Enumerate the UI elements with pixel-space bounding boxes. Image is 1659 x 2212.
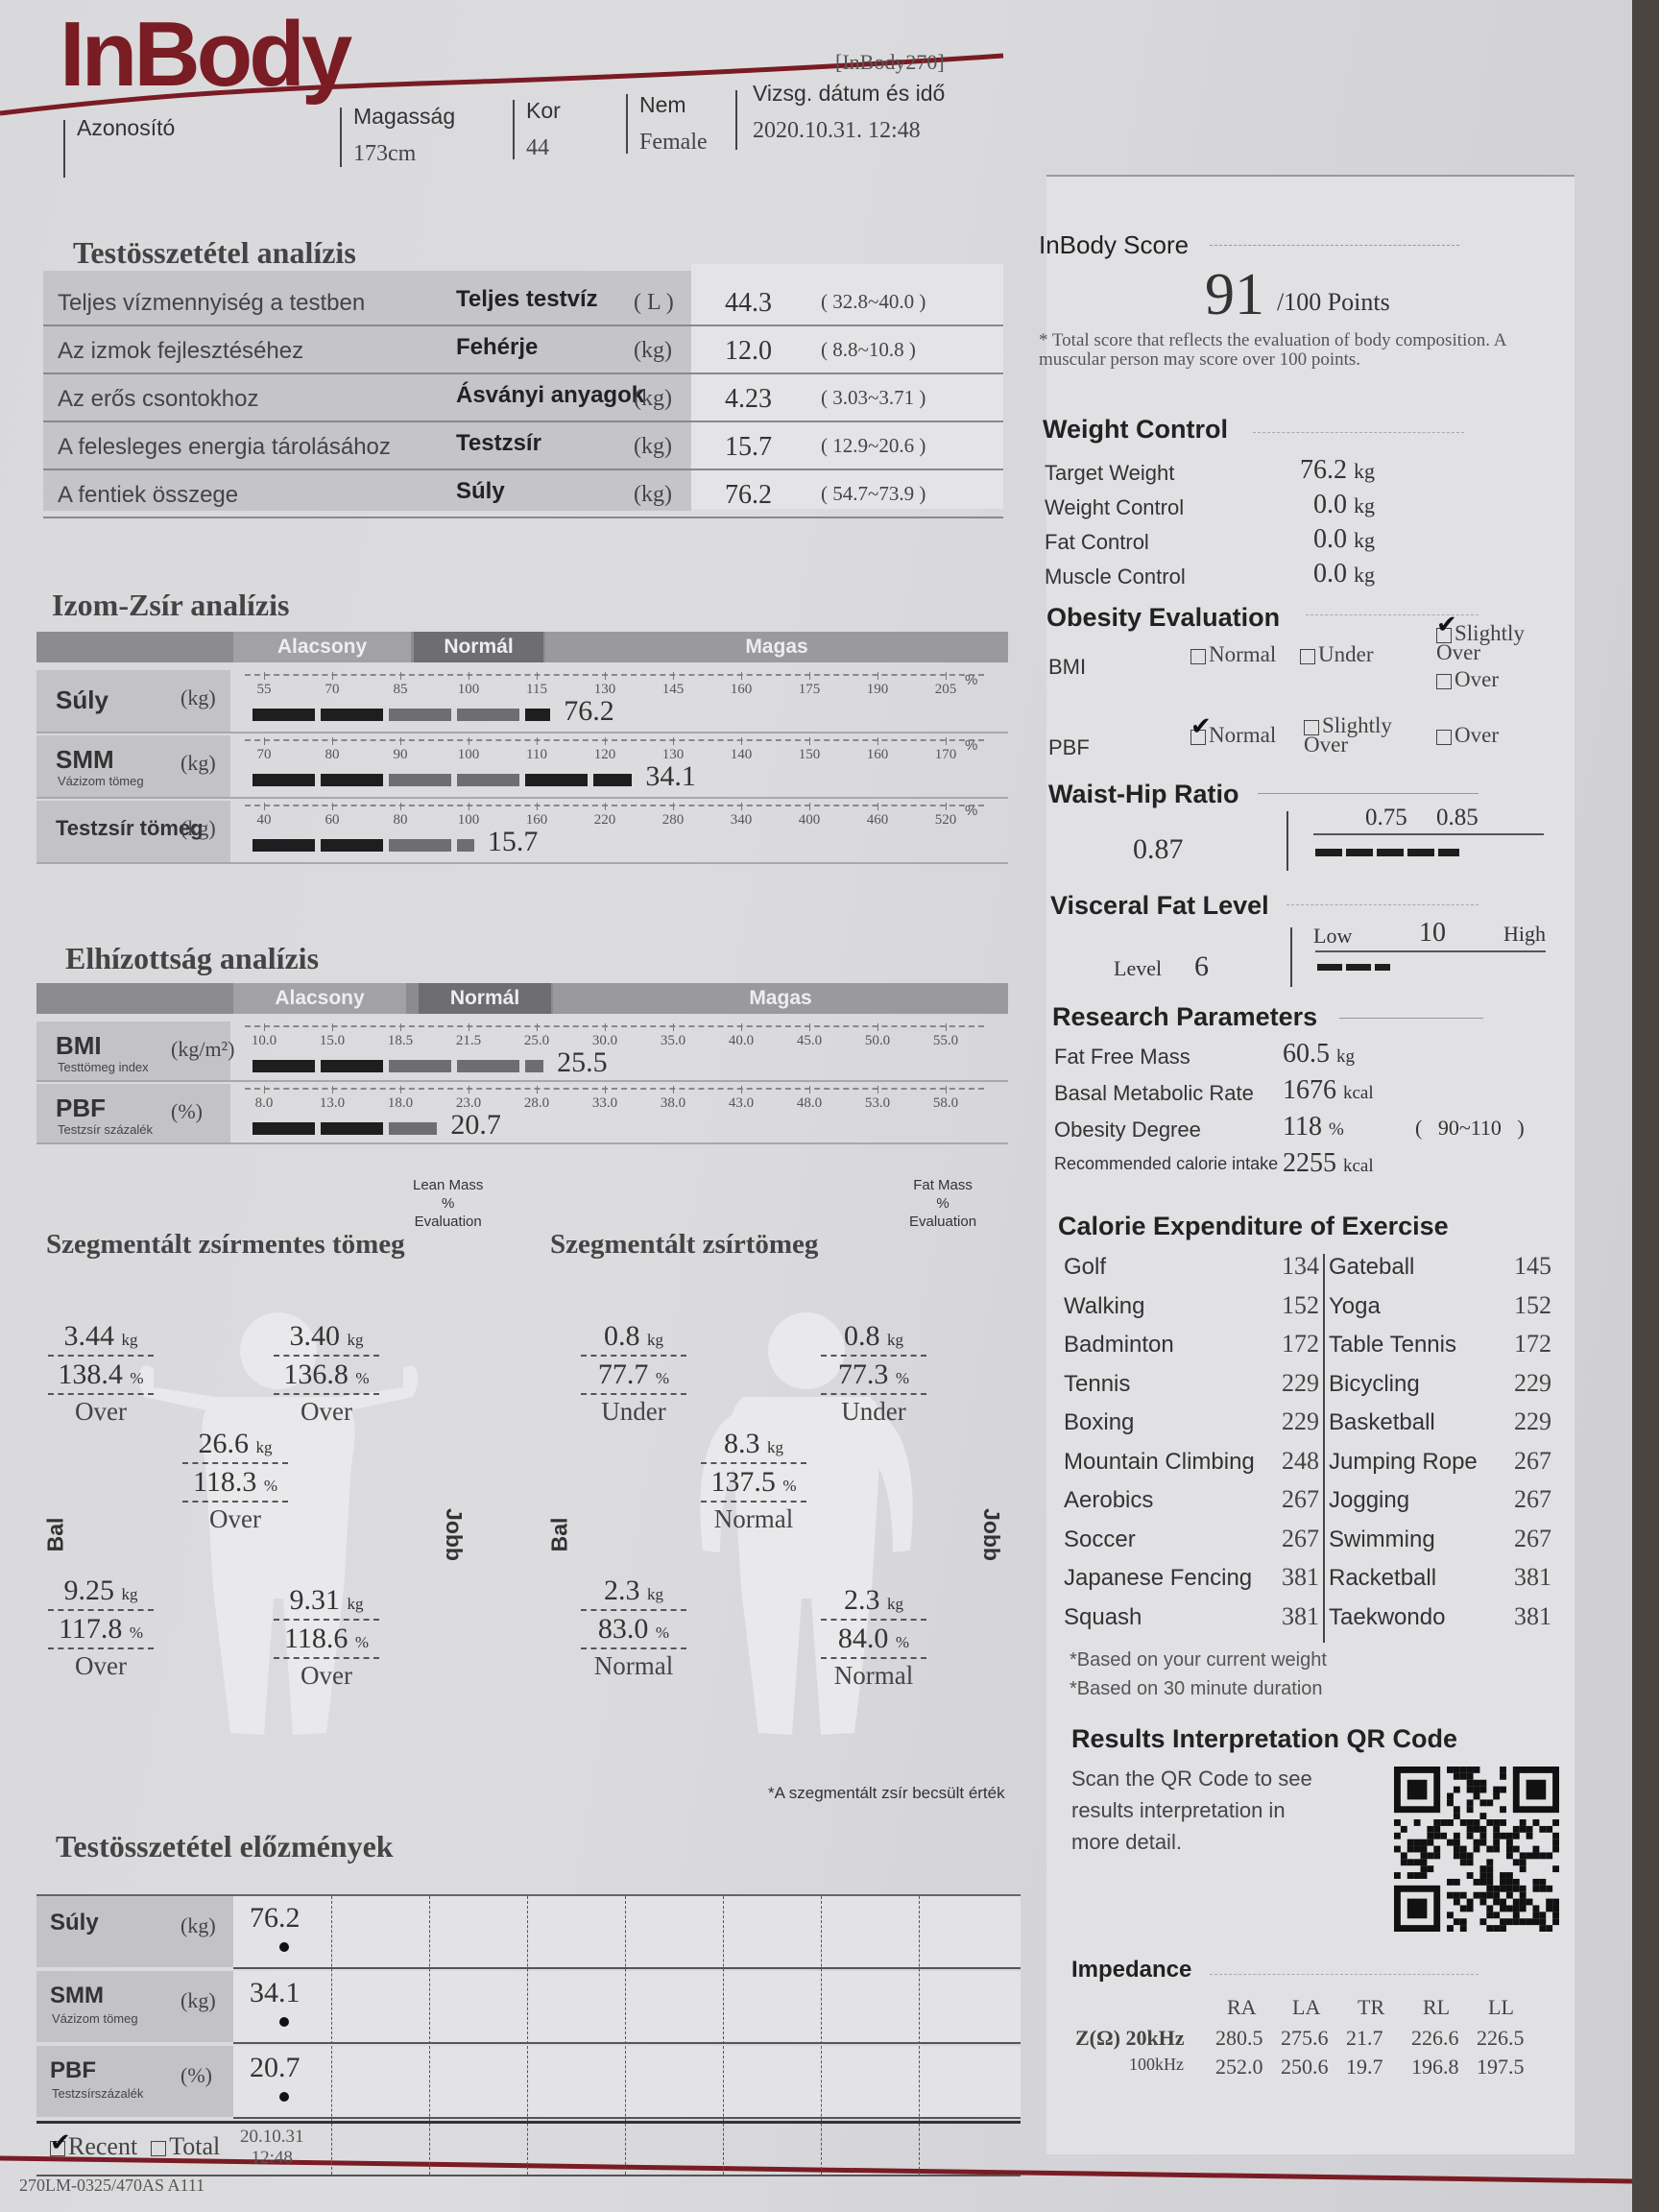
segment-percent: 84.0 % xyxy=(821,1623,926,1655)
footer-code: 270LM-0325/470AS A111 xyxy=(19,2176,204,2196)
segment-kg: 26.6 kg xyxy=(182,1428,288,1460)
history-date: 20.10.3112:48 xyxy=(240,2127,304,2169)
row-name: PBF xyxy=(56,1094,106,1123)
impedance-column-header: LL xyxy=(1488,1995,1514,2020)
visceral-fat-title: Visceral Fat Level xyxy=(1050,891,1269,921)
waist-hip-divider xyxy=(1286,811,1288,871)
segment-kg-value: 2.3 xyxy=(844,1584,887,1616)
tick-mark xyxy=(673,1023,674,1031)
row-name: Testzsír xyxy=(456,430,541,457)
row-divider xyxy=(43,517,1003,518)
recent-label: Recent xyxy=(68,2132,137,2160)
impedance-value: 197.5 xyxy=(1477,2055,1525,2080)
segment-pct-unit: % xyxy=(130,1369,143,1387)
bar-segment xyxy=(321,839,383,852)
exercise-name: Basketball xyxy=(1329,1409,1435,1436)
tick-mark xyxy=(469,737,469,745)
row-normal-range: ( 54.7~73.9 ) xyxy=(821,482,926,506)
bmi-option-label: Over xyxy=(1455,667,1499,691)
bmi-option[interactable]: Slightly Over xyxy=(1436,624,1551,662)
visceral-bar-segment xyxy=(1317,964,1342,971)
tick-mark xyxy=(264,672,265,680)
exercise-kcal: 172 xyxy=(1248,1330,1319,1358)
row-value: 76.2 xyxy=(725,480,772,511)
bar-segment xyxy=(321,1060,383,1072)
tick-mark xyxy=(809,1023,810,1031)
row-name: Fehérje xyxy=(456,334,538,361)
tick-label: 280 xyxy=(662,812,685,829)
legend-item: Evaluation xyxy=(413,1213,483,1231)
scale-line xyxy=(245,1088,984,1090)
segment-divider xyxy=(48,1647,154,1649)
segment-right-arm: 3.40 kg136.8 %Over xyxy=(274,1320,379,1427)
exercise-kcal: 145 xyxy=(1498,1252,1551,1281)
waist-hip-bar-segment xyxy=(1438,849,1459,856)
history-column-divider xyxy=(429,1896,430,2175)
bmi-option[interactable]: Over xyxy=(1436,670,1551,689)
tick-label: 38.0 xyxy=(661,1095,685,1112)
body-composition-row: Teljes vízmennyiség a testbenTeljes test… xyxy=(58,278,1003,326)
exercise-kcal: 381 xyxy=(1248,1563,1319,1592)
inbody-score-max: /100 Points xyxy=(1277,288,1390,317)
segment-trunk: 26.6 kg118.3 %Over xyxy=(182,1428,288,1534)
segment-kg: 8.3 kg xyxy=(701,1428,806,1460)
exercise-name: Swimming xyxy=(1329,1527,1435,1553)
segment-divider xyxy=(274,1657,379,1659)
exercise-name: Bicycling xyxy=(1329,1371,1420,1398)
bmi-option-label: Under xyxy=(1318,642,1373,666)
exercise-kcal: 381 xyxy=(1498,1563,1551,1592)
exercise-kcal: 172 xyxy=(1498,1330,1551,1358)
tick-label: 110 xyxy=(526,747,547,763)
pbf-option-label: Normal xyxy=(1209,723,1276,747)
tick-mark xyxy=(332,1023,333,1031)
inbody-report-sheet: InBody [InBody270] Azonosító Magasság 17… xyxy=(0,0,1632,2212)
row-name: Ásványi anyagok xyxy=(456,382,644,409)
segment-divider xyxy=(701,1462,806,1464)
exercise-name: Yoga xyxy=(1329,1293,1381,1320)
segment-divider xyxy=(581,1393,686,1395)
exercise-kcal: 267 xyxy=(1498,1485,1551,1514)
value-number: 60.5 xyxy=(1283,1039,1336,1069)
segment-kg: 3.44 kg xyxy=(48,1320,154,1353)
tick-mark xyxy=(264,1023,265,1031)
history-row-subtitle: Vázizom tömeg xyxy=(52,2011,138,2026)
band-low: Alacsony xyxy=(233,983,406,1014)
segment-pct-unit: % xyxy=(355,1369,369,1387)
exercise-name: Boxing xyxy=(1064,1409,1134,1436)
pbf-option[interactable]: Over xyxy=(1436,726,1551,745)
tick-mark xyxy=(673,803,674,810)
bmi-eval-label: BMI xyxy=(1048,655,1086,680)
tick-mark xyxy=(537,1086,538,1094)
exercise-name: Tennis xyxy=(1064,1371,1130,1398)
history-row-name: Súly xyxy=(50,1910,99,1936)
history-bottom-rule xyxy=(36,2121,1021,2124)
history-row-rule xyxy=(233,2042,1021,2044)
tick-mark xyxy=(264,1086,265,1094)
segment-trunk: 8.3 kg137.5 %Normal xyxy=(701,1428,806,1534)
tick-mark xyxy=(673,737,674,745)
row-value: 12.0 xyxy=(725,336,772,367)
segment-percent: 138.4 % xyxy=(48,1358,154,1391)
tick-label: 18.0 xyxy=(388,1095,413,1112)
visceral-scale-mid: 10 xyxy=(1419,918,1446,949)
legend-item: % xyxy=(413,1194,483,1213)
tick-label: 90 xyxy=(394,747,408,763)
tick-label: 190 xyxy=(867,682,889,698)
segment-kg-value: 0.8 xyxy=(844,1320,887,1352)
impedance-column-header: LA xyxy=(1292,1995,1320,2020)
tick-mark xyxy=(537,672,538,680)
tick-label: 140 xyxy=(731,747,753,763)
exercise-name: Soccer xyxy=(1064,1527,1136,1553)
header-divider xyxy=(340,108,342,167)
bmi-checkbox xyxy=(1190,649,1206,664)
row-normal-range: ( 8.8~10.8 ) xyxy=(821,338,916,362)
segment-pct-unit: % xyxy=(264,1477,277,1495)
segment-evaluation: Over xyxy=(48,1651,154,1681)
waist-hip-bar-segment xyxy=(1407,849,1434,856)
tick-mark xyxy=(332,672,333,680)
segment-evaluation: Under xyxy=(581,1397,686,1427)
tick-label: 175 xyxy=(799,682,821,698)
impedance-row-label: 100kHz xyxy=(1129,2055,1184,2075)
tick-label: 70 xyxy=(325,682,340,698)
segment-pct-value: 136.8 xyxy=(283,1358,355,1390)
segment-evaluation: Normal xyxy=(821,1661,926,1691)
segment-kg-unit: kg xyxy=(122,1585,138,1603)
waist-hip-tick: 0.85 xyxy=(1436,805,1479,831)
tick-label: 460 xyxy=(867,812,889,829)
recent-checkbox[interactable] xyxy=(50,2141,65,2156)
segment-divider xyxy=(581,1647,686,1649)
total-checkbox[interactable] xyxy=(151,2141,166,2156)
row-value: 15.7 xyxy=(725,432,772,463)
segment-pct-value: 84.0 xyxy=(838,1623,896,1654)
exercise-name: Mountain Climbing xyxy=(1064,1449,1255,1476)
research-value: 118 % xyxy=(1283,1112,1344,1142)
recent-total-toggle: RecentTotal xyxy=(50,2132,220,2161)
segment-kg-value: 8.3 xyxy=(724,1428,767,1459)
impedance-value: 252.0 xyxy=(1215,2055,1263,2080)
body-composition-row: A fentiek összegeSúly(kg)76.2( 54.7~73.9… xyxy=(58,470,1003,518)
row-unit: (kg) xyxy=(634,482,672,508)
segment-right-leg: 2.3 kg84.0 %Normal xyxy=(821,1584,926,1691)
row-unit: (%) xyxy=(171,1099,203,1124)
impedance-title: Impedance xyxy=(1071,1957,1191,1984)
tick-mark xyxy=(469,803,469,810)
segment-pct-value: 77.7 xyxy=(598,1358,656,1390)
legend-item: Evaluation xyxy=(909,1213,976,1231)
tick-label: 55 xyxy=(257,682,272,698)
tick-mark xyxy=(400,672,401,680)
tick-mark xyxy=(741,1023,742,1031)
obesity-evaluation-title: Obesity Evaluation xyxy=(1046,603,1280,633)
segment-kg-unit: kg xyxy=(887,1595,903,1613)
tick-label: 115 xyxy=(526,682,547,698)
segment-kg-unit: kg xyxy=(348,1331,364,1349)
tick-label: 8.0 xyxy=(255,1095,274,1112)
qr-code-icon[interactable] xyxy=(1394,1767,1559,1932)
tick-label: 25.0 xyxy=(524,1033,549,1049)
tick-label: 85 xyxy=(394,682,408,698)
exercise-kcal: 152 xyxy=(1248,1291,1319,1320)
tick-mark xyxy=(673,672,674,680)
tick-mark xyxy=(946,803,947,810)
history-row-subtitle: Testzsírszázalék xyxy=(52,2086,143,2101)
history-cell-bg xyxy=(233,1971,1021,2042)
tick-mark xyxy=(878,1086,878,1094)
tick-mark xyxy=(332,1086,333,1094)
segment-kg-unit: kg xyxy=(256,1438,273,1456)
bar-segment xyxy=(389,839,451,852)
tick-label: 55.0 xyxy=(933,1033,958,1049)
visceral-level-label: Level xyxy=(1114,956,1162,981)
value-number: 1676 xyxy=(1283,1075,1343,1105)
weight-control-value: 0.0 kg xyxy=(1267,524,1375,555)
bar-value: 25.5 xyxy=(557,1046,608,1079)
band-normal: Normál xyxy=(419,983,551,1014)
segment-divider xyxy=(274,1393,379,1395)
row-unit: (kg) xyxy=(180,751,216,776)
segment-kg: 9.31 kg xyxy=(274,1584,379,1617)
segment-evaluation: Over xyxy=(274,1397,379,1427)
segment-kg-unit: kg xyxy=(348,1595,364,1613)
calorie-note: *Based on 30 minute duration xyxy=(1070,1678,1323,1700)
tick-label: 35.0 xyxy=(661,1033,685,1049)
exercise-kcal: 229 xyxy=(1498,1407,1551,1436)
section-rule xyxy=(1339,1018,1483,1019)
section-rule xyxy=(1286,904,1479,905)
research-label: Recommended calorie intake xyxy=(1054,1154,1278,1174)
segment-evaluation: Normal xyxy=(701,1504,806,1534)
tick-mark xyxy=(469,672,469,680)
segment-kg: 2.3 kg xyxy=(581,1575,686,1607)
exercise-name: Squash xyxy=(1064,1604,1142,1631)
exercise-kcal: 152 xyxy=(1498,1291,1551,1320)
tick-mark xyxy=(946,1086,947,1094)
value-number: 0.0 xyxy=(1313,490,1354,519)
tick-mark xyxy=(741,672,742,680)
exercise-name: Japanese Fencing xyxy=(1064,1565,1252,1592)
segment-divider xyxy=(274,1355,379,1357)
bar-segment xyxy=(457,709,519,721)
exercise-kcal: 229 xyxy=(1248,1369,1319,1398)
right-side-label: Jobb xyxy=(441,1508,467,1561)
visceral-scale xyxy=(1315,950,1546,952)
row-divider xyxy=(36,1080,1008,1082)
band-low: Alacsony xyxy=(233,632,411,662)
waist-hip-value: 0.87 xyxy=(1133,833,1184,866)
bar-segment xyxy=(321,774,383,786)
segment-kg-value: 3.44 xyxy=(64,1320,122,1352)
row-description: Az izmok fejlesztéséhez xyxy=(58,338,303,365)
visceral-scale-high: High xyxy=(1503,922,1546,947)
segmental-title: Szegmentált zsírtömeg xyxy=(550,1229,818,1261)
field-exam-datetime: Vizsg. dátum és idő 2020.10.31. 12:48 xyxy=(753,81,945,144)
history-column-divider xyxy=(625,1896,626,2175)
segment-pct-value: 83.0 xyxy=(598,1613,656,1645)
tick-label: 145 xyxy=(662,682,685,698)
value-unit: kg xyxy=(1354,459,1375,483)
body-composition-row: Az erős csontokhozÁsványi anyagok(kg)4.2… xyxy=(58,374,1003,422)
exercise-name: Gateball xyxy=(1329,1254,1414,1281)
inbody-score-value: 91 xyxy=(1205,261,1264,329)
legend: Lean Mass%Evaluation xyxy=(413,1176,483,1231)
exercise-name: Walking xyxy=(1064,1293,1144,1320)
value-unit: kcal xyxy=(1343,1156,1374,1176)
bmi-checkbox xyxy=(1300,649,1315,664)
tick-label: 28.0 xyxy=(524,1095,549,1112)
segmental-title: Szegmentált zsírmentes tömeg xyxy=(46,1229,405,1261)
segment-divider xyxy=(821,1355,926,1357)
segment-kg-value: 0.8 xyxy=(604,1320,647,1352)
exercise-kcal: 267 xyxy=(1498,1525,1551,1553)
segment-percent: 118.3 % xyxy=(182,1466,288,1499)
tick-label: 40 xyxy=(257,812,272,829)
research-label: Fat Free Mass xyxy=(1054,1045,1190,1070)
tick-mark xyxy=(673,1086,674,1094)
scale-line xyxy=(245,739,984,741)
bar-segment xyxy=(525,1060,543,1072)
bar-value: 76.2 xyxy=(564,695,614,728)
row-normal-range: ( 12.9~20.6 ) xyxy=(821,434,926,458)
pbf-eval-label: PBF xyxy=(1048,735,1090,760)
bmi-option[interactable]: Under xyxy=(1300,645,1415,664)
value-number: 0.0 xyxy=(1313,524,1354,554)
value-number: 118 xyxy=(1283,1112,1329,1142)
bar-segment xyxy=(389,709,451,721)
segment-divider xyxy=(701,1501,806,1503)
tick-label: 150 xyxy=(799,747,821,763)
segment-evaluation: Over xyxy=(48,1397,154,1427)
segment-divider xyxy=(48,1393,154,1395)
segment-percent: 118.6 % xyxy=(274,1623,379,1655)
visceral-bar-segment xyxy=(1346,964,1371,971)
row-normal-range: ( 3.03~3.71 ) xyxy=(821,386,926,410)
segment-kg-value: 9.25 xyxy=(64,1575,122,1606)
segment-pct-unit: % xyxy=(782,1477,796,1495)
segment-kg: 0.8 kg xyxy=(581,1320,686,1353)
section-rule xyxy=(1210,245,1459,246)
history-column-divider xyxy=(919,1896,920,2175)
bmi-checkbox xyxy=(1436,674,1452,689)
segment-divider xyxy=(821,1619,926,1621)
impedance-value: 280.5 xyxy=(1215,2026,1263,2051)
tick-mark xyxy=(264,737,265,745)
value-unit: kg xyxy=(1354,493,1375,517)
row-unit: (kg) xyxy=(634,338,672,364)
segment-percent: 77.7 % xyxy=(581,1358,686,1391)
segment-pct-unit: % xyxy=(130,1623,143,1642)
segment-divider xyxy=(182,1462,288,1464)
value-unit: kg xyxy=(1336,1046,1355,1067)
tick-mark xyxy=(946,1023,947,1031)
tick-label: 160 xyxy=(867,747,889,763)
impedance-value: 275.6 xyxy=(1281,2026,1329,2051)
exercise-kcal: 267 xyxy=(1248,1485,1319,1514)
segment-divider xyxy=(274,1619,379,1621)
tick-label: 48.0 xyxy=(797,1095,822,1112)
tick-label: 120 xyxy=(594,747,616,763)
impedance-column-header: RL xyxy=(1423,1995,1450,2020)
field-sex: Nem Female xyxy=(639,92,708,156)
row-subtitle: Testzsír százalék xyxy=(58,1122,153,1137)
segment-kg-value: 3.40 xyxy=(290,1320,348,1352)
row-unit: (kg) xyxy=(634,434,672,460)
tick-label: 45.0 xyxy=(797,1033,822,1049)
segment-pct-unit: % xyxy=(355,1633,369,1651)
history-row-unit: (%) xyxy=(180,2063,212,2088)
value-unit: kcal xyxy=(1343,1083,1374,1103)
tick-label: 80 xyxy=(394,812,408,829)
history-column-divider xyxy=(527,1896,528,2175)
row-divider xyxy=(36,797,1008,799)
waist-hip-bar-segment xyxy=(1377,849,1404,856)
segment-evaluation: Over xyxy=(274,1661,379,1691)
bmi-option[interactable]: Normal xyxy=(1190,645,1306,664)
pbf-checkbox xyxy=(1304,720,1319,735)
row-unit: (kg) xyxy=(180,816,216,841)
legend-item: Fat Mass xyxy=(909,1176,976,1194)
segment-kg-unit: kg xyxy=(887,1331,903,1349)
segment-percent: 77.3 % xyxy=(821,1358,926,1391)
calorie-title: Calorie Expenditure of Exercise xyxy=(1058,1212,1449,1241)
tick-label: 100 xyxy=(458,812,480,829)
bar-segment xyxy=(321,1122,383,1135)
history-point-icon xyxy=(279,1942,289,1952)
tick-mark xyxy=(332,737,333,745)
segment-percent: 136.8 % xyxy=(274,1358,379,1391)
scale-line xyxy=(245,674,984,676)
tick-mark xyxy=(946,672,947,680)
weight-control-label: Target Weight xyxy=(1045,461,1174,486)
tick-label: 15.0 xyxy=(320,1033,345,1049)
value-unit: % xyxy=(1329,1119,1344,1140)
body-composition-row: Az izmok fejlesztéséhezFehérje(kg)12.0( … xyxy=(58,326,1003,374)
segment-divider xyxy=(182,1501,288,1503)
segment-divider xyxy=(48,1355,154,1357)
row-value: 44.3 xyxy=(725,288,772,319)
percent-symbol: % xyxy=(965,672,977,688)
section-rule xyxy=(1210,1974,1479,1975)
exercise-kcal: 134 xyxy=(1248,1252,1319,1281)
impedance-value: 21.7 xyxy=(1346,2026,1383,2051)
row-subtitle: Testtömeg index xyxy=(58,1060,149,1074)
weight-control-label: Muscle Control xyxy=(1045,565,1186,589)
row-name: SMM xyxy=(56,745,114,775)
impedance-value: 250.6 xyxy=(1281,2055,1329,2080)
tick-label: 58.0 xyxy=(933,1095,958,1112)
scale-line xyxy=(245,805,984,806)
history-row-unit: (kg) xyxy=(180,1913,216,1938)
pbf-option[interactable]: Slightly Over xyxy=(1304,716,1419,755)
left-side-label: Bal xyxy=(42,1518,68,1552)
weight-control-title: Weight Control xyxy=(1043,415,1228,445)
segment-kg-unit: kg xyxy=(767,1438,783,1456)
impedance-value: 226.6 xyxy=(1411,2026,1459,2051)
segment-pct-value: 118.3 xyxy=(193,1466,264,1498)
exercise-kcal: 381 xyxy=(1248,1602,1319,1631)
exercise-name: Jogging xyxy=(1329,1487,1409,1514)
row-description: A felesleges energia tárolásához xyxy=(58,434,391,461)
legend: Fat Mass%Evaluation xyxy=(909,1176,976,1231)
row-name: Súly xyxy=(456,478,505,505)
segment-pct-unit: % xyxy=(896,1633,909,1651)
pbf-option[interactable]: Normal xyxy=(1190,726,1306,745)
tick-mark xyxy=(878,803,878,810)
